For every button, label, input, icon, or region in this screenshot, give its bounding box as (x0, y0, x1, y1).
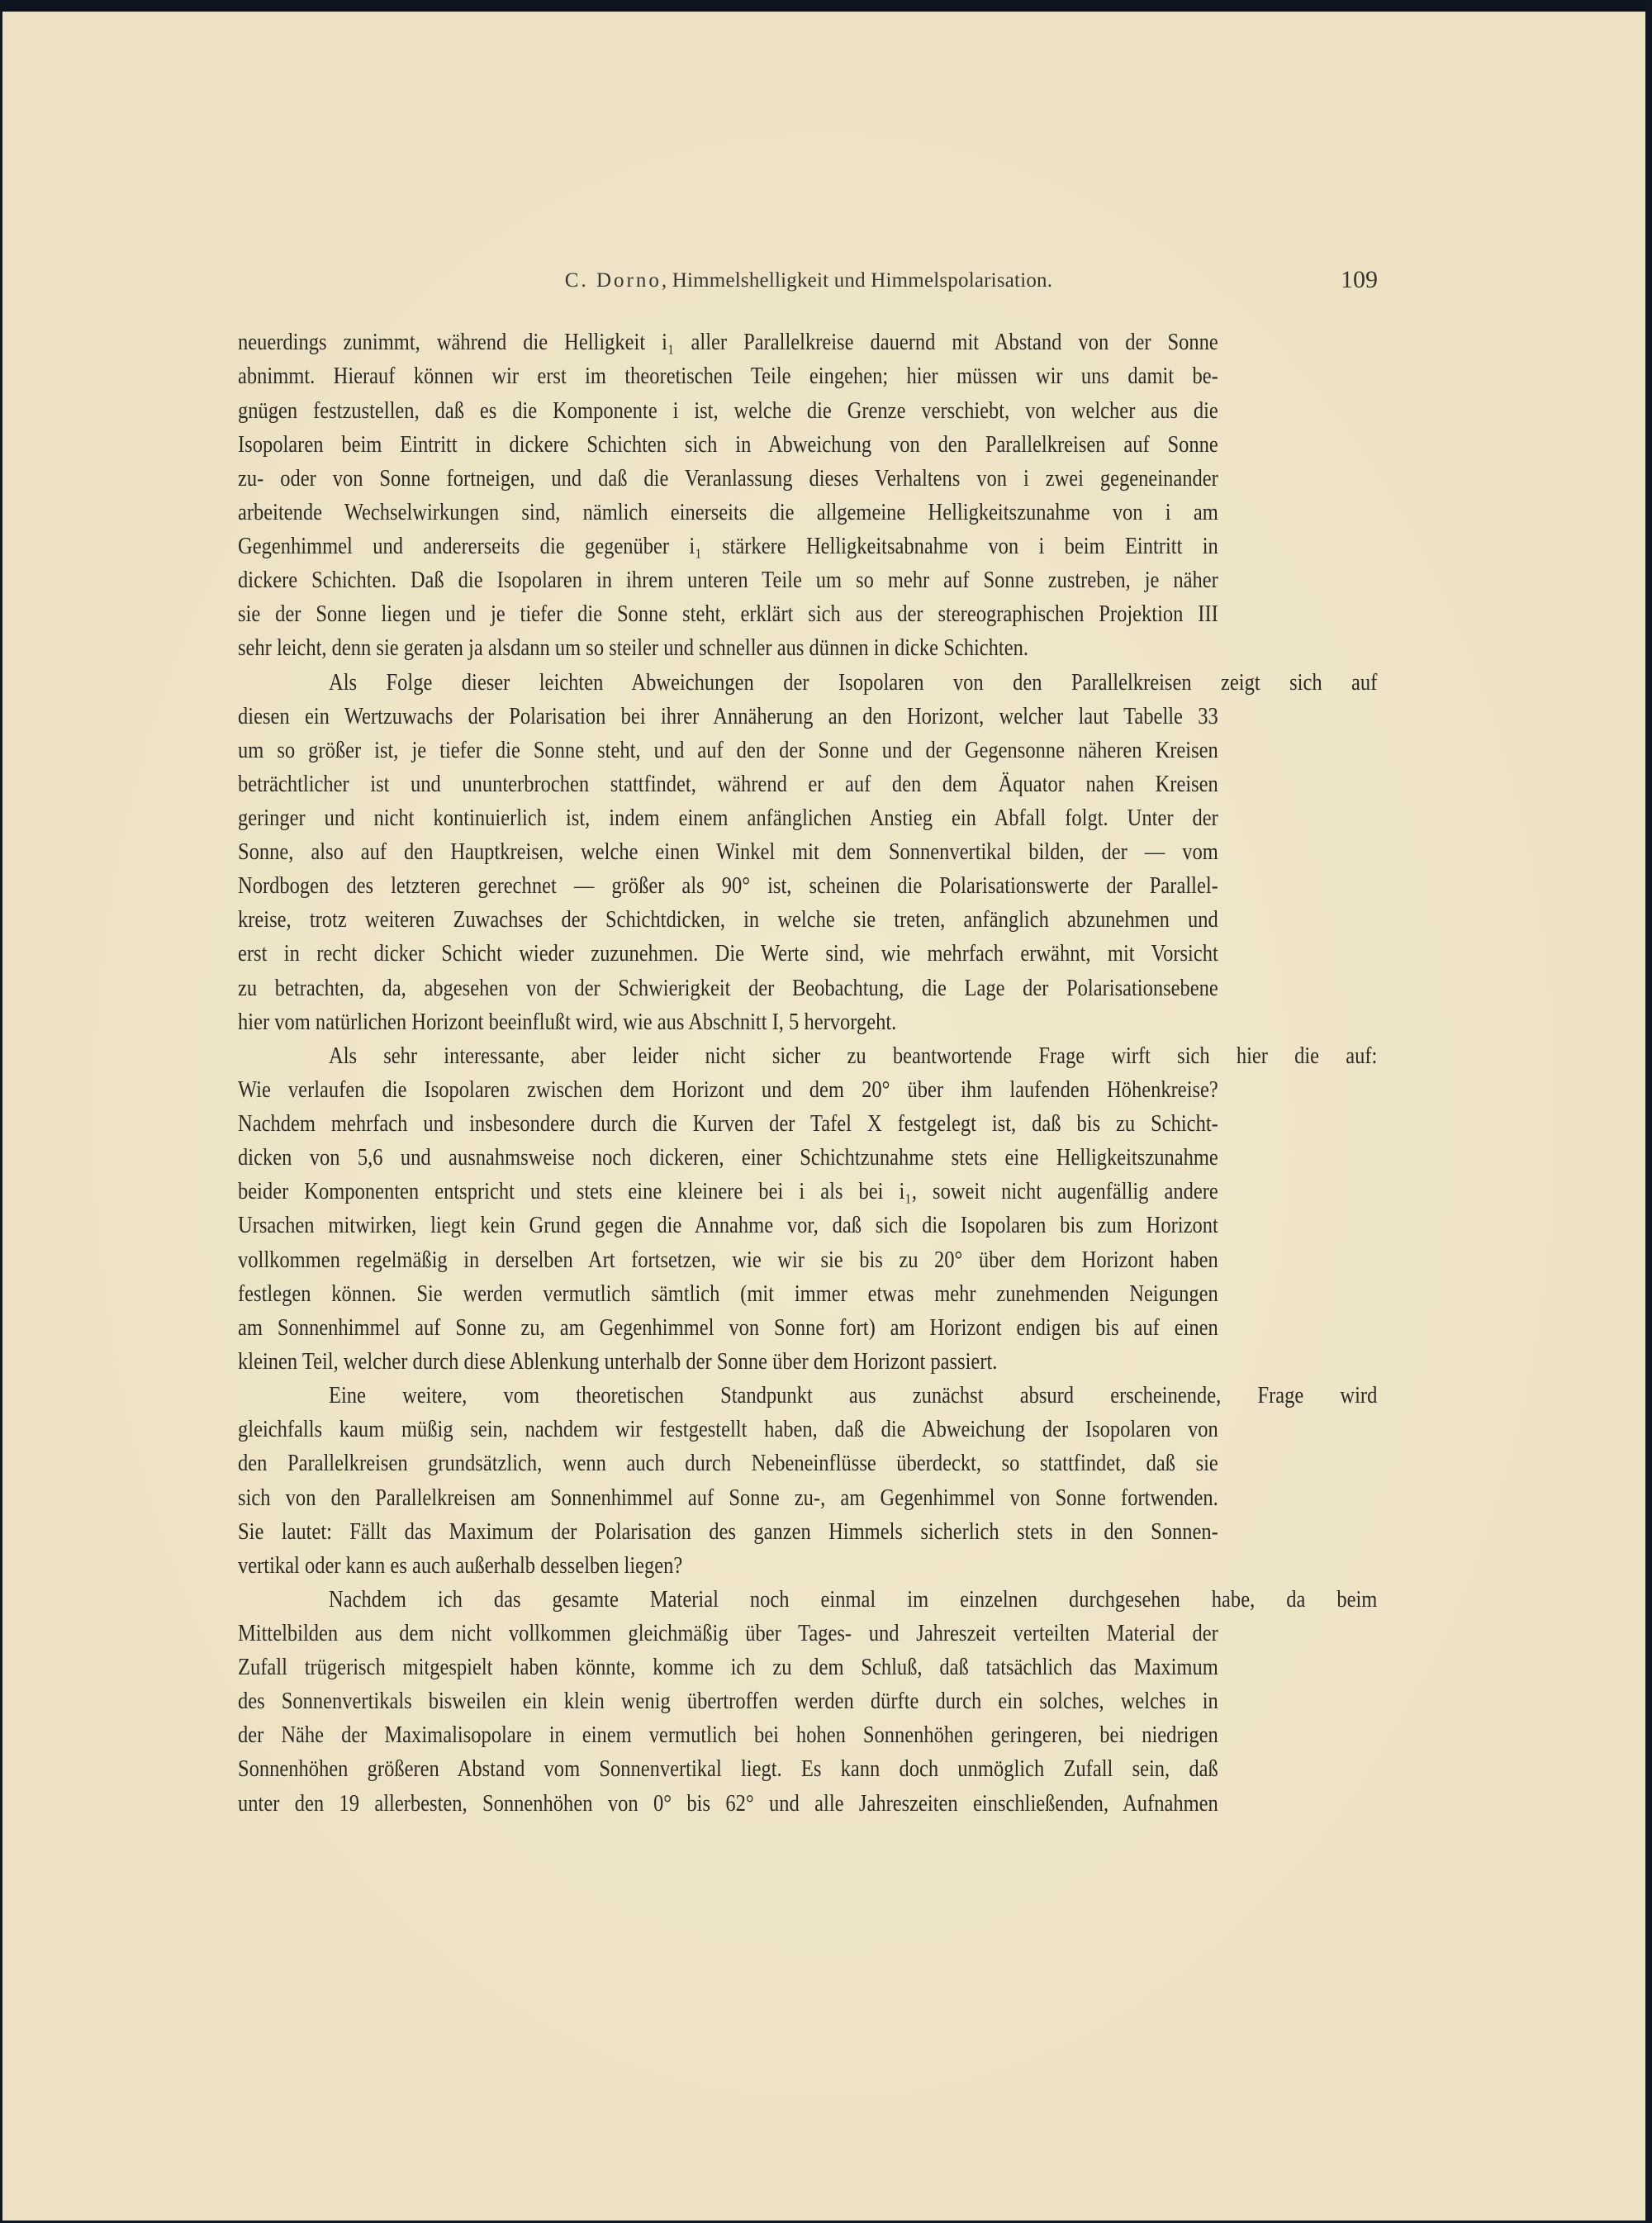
text-line: Zufall trügerisch mitgespielt haben könn… (238, 1653, 1218, 1683)
text-line: gleichfalls kaum müßig sein, nachdem wir… (238, 1415, 1218, 1445)
text-line: erst in recht dicker Schicht wieder zuzu… (238, 939, 1218, 969)
text-line: Nordbogen des letzteren gerechnet — größ… (238, 872, 1218, 901)
text-line: dicken von 5,6 und ausnahmsweise noch di… (238, 1143, 1218, 1173)
text-line: kreise, trotz weiteren Zuwachses der Sch… (238, 905, 1218, 935)
text-line: Ursachen mitwirken, liegt kein Grund geg… (238, 1211, 1218, 1241)
text-line: des Sonnenvertikals bisweilen ein klein … (238, 1687, 1218, 1717)
text-line: abnimmt. Hierauf können wir erst im theo… (238, 362, 1218, 392)
header-title: Himmelshelligkeit und Himmelspolarisatio… (672, 269, 1052, 292)
text-line: unter den 19 allerbesten, Sonnenhöhen vo… (238, 1789, 1218, 1819)
paragraph-first-line: Nachdem ich das gesamte Material noch ei… (329, 1585, 1377, 1615)
paragraph-first-line: Eine weitere, vom theoretischen Standpun… (329, 1381, 1377, 1411)
text-line: am Sonnenhimmel auf Sonne zu, am Gegenhi… (238, 1313, 1218, 1343)
text-line: Sie lautet: Fällt das Maximum der Polari… (238, 1518, 1218, 1547)
text-line: Sonnenhöhen größeren Abstand vom Sonnenv… (238, 1755, 1218, 1784)
text-line: Nachdem mehrfach und insbesondere durch … (238, 1109, 1218, 1139)
text-line: zu betrachten, da, abgesehen von der Sch… (238, 974, 1218, 1004)
text-line: Isopolaren beim Eintritt in dickere Schi… (238, 430, 1218, 460)
text-line: arbeitende Wechselwirkungen sind, nämlic… (238, 498, 1218, 528)
text-line: Sonne, also auf den Hauptkreisen, welche… (238, 838, 1218, 867)
text-line: hier vom natürlichen Horizont beeinflußt… (238, 1008, 1218, 1038)
text-line: vollkommen regelmäßig in derselben Art f… (238, 1246, 1218, 1275)
text-line: gnügen festzustellen, daß es die Kompone… (238, 397, 1218, 426)
header-author: C. Dorno (565, 269, 662, 292)
text-line: der Nähe der Maximalisopolare in einem v… (238, 1721, 1218, 1750)
paragraph-first-line: Als sehr interessante, aber leider nicht… (329, 1042, 1377, 1071)
text-line: den Parallelkreisen grundsätzlich, wenn … (238, 1449, 1218, 1479)
text-line: diesen ein Wertzuwachs der Polarisation … (238, 702, 1218, 732)
text-line: vertikal oder kann es auch außerhalb des… (238, 1551, 1218, 1581)
text-line: festlegen können. Sie werden vermutlich … (238, 1280, 1218, 1309)
text-line: um so größer ist, je tiefer die Sonne st… (238, 736, 1218, 766)
text-line: Mittelbilden aus dem nicht vollkommen gl… (238, 1619, 1218, 1649)
header-separator: , (662, 269, 672, 292)
scan-border-right (1645, 0, 1652, 2223)
text-line: beider Komponenten entspricht und stets … (238, 1177, 1218, 1207)
text-line: sie der Sonne liegen und je tiefer die S… (238, 600, 1218, 629)
scan-border-top (0, 0, 1652, 12)
text-line: neuerdings zunimmt, während die Helligke… (238, 328, 1218, 358)
paragraph-first-line: Als Folge dieser leichten Abweichungen d… (329, 668, 1377, 698)
header-title-line: C. Dorno, Himmelshelligkeit und Himmelsp… (240, 269, 1378, 292)
text-line: Gegenhimmel und andererseits die gegenüb… (238, 532, 1218, 562)
text-line: Wie verlaufen die Isopolaren zwischen de… (238, 1076, 1218, 1105)
page-number: 109 (1341, 266, 1378, 294)
text-line: kleinen Teil, welcher durch diese Ablenk… (238, 1347, 1218, 1377)
running-header: C. Dorno, Himmelshelligkeit und Himmelsp… (240, 266, 1378, 299)
text-line: zu- oder von Sonne fortneigen, und daß d… (238, 464, 1218, 494)
text-line: sich von den Parallelkreisen am Sonnenhi… (238, 1484, 1218, 1513)
text-line: dickere Schichten. Daß die Isopolaren in… (238, 566, 1218, 596)
text-line: beträchtlicher ist und ununterbrochen st… (238, 770, 1218, 800)
text-line: sehr leicht, denn sie geraten ja alsdann… (238, 634, 1218, 663)
text-line: geringer und nicht kontinuierlich ist, i… (238, 804, 1218, 834)
